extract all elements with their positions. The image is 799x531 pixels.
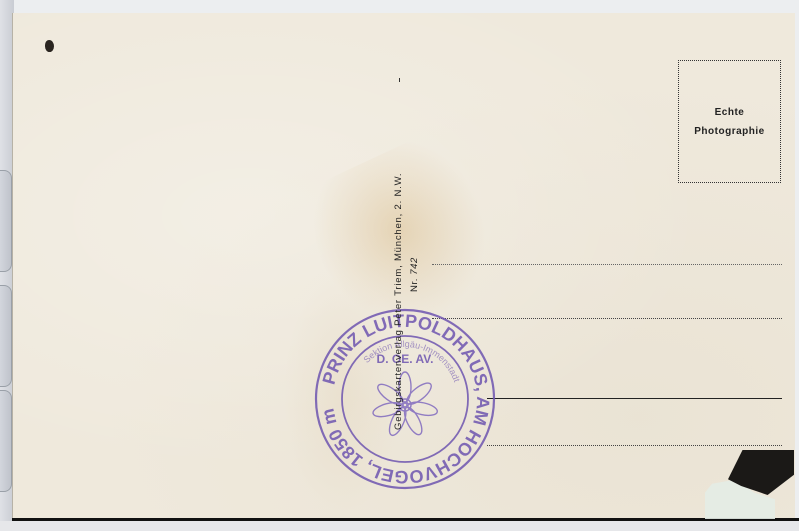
address-line xyxy=(487,398,782,399)
stamp-box-line1: Echte xyxy=(715,107,745,118)
print-mark xyxy=(399,78,400,82)
stamp-box: Echte Photographie xyxy=(678,60,781,183)
postmark-icon: PRINZ LUITPOLDHAUS, AM HOCHVOGEL, 1850 m… xyxy=(313,307,497,491)
ink-spot xyxy=(45,40,54,52)
sleeve-tab xyxy=(0,390,12,492)
address-line xyxy=(432,264,782,265)
scanner-strip xyxy=(0,521,799,531)
card-number-label: Nr. xyxy=(409,278,420,292)
edelweiss-icon xyxy=(372,372,439,438)
stamp-box-line2: Photographie xyxy=(694,126,764,137)
postmark-stamp: PRINZ LUITPOLDHAUS, AM HOCHVOGEL, 1850 m… xyxy=(313,307,497,491)
sleeve-tab xyxy=(0,170,12,272)
postmark-center-text: D. OE. AV. xyxy=(377,352,434,366)
card-number: Nr. 742 xyxy=(409,257,420,292)
publisher-imprint: Gebirgskartenverlag Peter Triem, München… xyxy=(393,173,404,430)
card-number-value: 742 xyxy=(409,257,420,275)
sleeve-tab xyxy=(0,285,12,387)
address-line xyxy=(487,445,782,446)
